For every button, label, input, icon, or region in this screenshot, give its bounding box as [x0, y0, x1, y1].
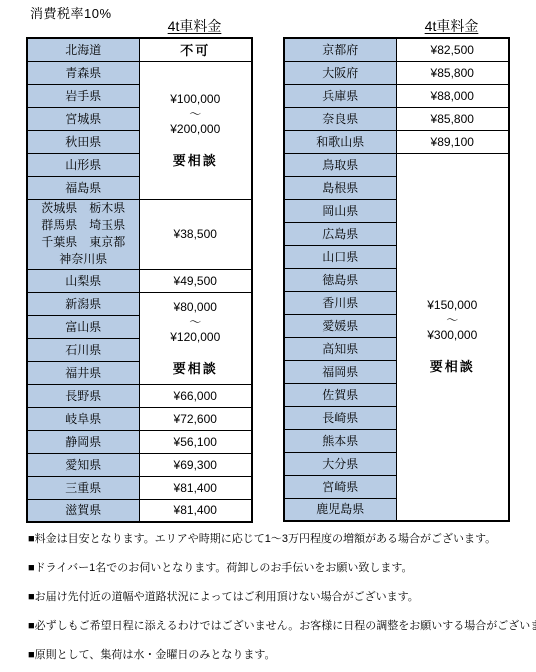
right-price-table: 京都府¥82,500大阪府¥85,800兵庫県¥88,000奈良県¥85,800… [283, 37, 510, 522]
price-value: ¥56,100 [142, 435, 250, 449]
prefecture-cell: 長崎県 [284, 406, 396, 429]
prefecture-cell: 宮崎県 [284, 475, 396, 498]
price-cell: ¥49,500 [139, 269, 252, 292]
price-value: ¥81,400 [142, 503, 250, 517]
table-row: 愛知県¥69,300 [27, 453, 252, 476]
price-value: ¥82,500 [399, 43, 507, 57]
prefecture-cell: 新潟県 [27, 292, 139, 315]
prefecture-cell: 佐賀県 [284, 383, 396, 406]
price-cell: ¥100,000～¥200,000要相談 [139, 61, 252, 199]
table-row: 新潟県¥80,000～¥120,000要相談 [27, 292, 252, 315]
price-range: ¥150,000～¥300,000 [399, 298, 507, 343]
table-row: 岐阜県¥72,600 [27, 407, 252, 430]
price-value: ¥69,300 [142, 458, 250, 472]
right-table-header: 4t車料金 [395, 17, 508, 37]
price-cell: ¥85,800 [396, 61, 509, 84]
table-row: 静岡県¥56,100 [27, 430, 252, 453]
left-price-table: 北海道不可青森県¥100,000～¥200,000要相談岩手県宮城県秋田県山形県… [26, 37, 253, 523]
table-row: 鳥取県¥150,000～¥300,000要相談 [284, 153, 509, 176]
consult-label: 要相談 [399, 359, 507, 375]
price-value: ¥49,500 [142, 274, 250, 288]
prefecture-cell: 熊本県 [284, 429, 396, 452]
price-cell: ¥72,600 [139, 407, 252, 430]
prefecture-cell: 福島県 [27, 176, 139, 199]
prefecture-cell: 青森県 [27, 61, 139, 84]
table-row: 三重県¥81,400 [27, 476, 252, 499]
table-row: 山梨県¥49,500 [27, 269, 252, 292]
prefecture-cell: 山梨県 [27, 269, 139, 292]
prefecture-cell: 鹿児島県 [284, 498, 396, 521]
price-value: ¥89,100 [399, 135, 507, 149]
price-range-line: ¥300,000 [399, 328, 507, 343]
prefecture-cell: 兵庫県 [284, 84, 396, 107]
price-range-line: ～ [399, 313, 507, 328]
price-range-line: ¥150,000 [399, 298, 507, 313]
price-value: ¥88,000 [399, 89, 507, 103]
price-cell: ¥82,500 [396, 38, 509, 61]
table-row: 大阪府¥85,800 [284, 61, 509, 84]
note-item: ■ドライバー1名でのお伺いとなります。荷卸しのお手伝いをお願い致します。 [28, 560, 536, 576]
price-cell: ¥38,500 [139, 199, 252, 269]
prefecture-cell: 広島県 [284, 222, 396, 245]
prefecture-cell: 富山県 [27, 315, 139, 338]
prefecture-cell: 長野県 [27, 384, 139, 407]
prefecture-cell: 高知県 [284, 337, 396, 360]
prefecture-cell: 北海道 [27, 38, 139, 61]
price-cell: ¥80,000～¥120,000要相談 [139, 292, 252, 384]
prefecture-cell: 静岡県 [27, 430, 139, 453]
price-cell: ¥66,000 [139, 384, 252, 407]
prefecture-cell: 宮城県 [27, 107, 139, 130]
price-cell: ¥150,000～¥300,000要相談 [396, 153, 509, 521]
price-cell: 不可 [139, 38, 252, 61]
price-cell: ¥88,000 [396, 84, 509, 107]
prefecture-cell: 岐阜県 [27, 407, 139, 430]
consult-label: 要相談 [142, 153, 250, 169]
price-cell: ¥89,100 [396, 130, 509, 153]
price-value: ¥38,500 [142, 227, 250, 241]
left-table-header: 4t車料金 [138, 17, 251, 37]
left-table-header-label: 4t車料金 [168, 18, 222, 34]
prefecture-cell: 奈良県 [284, 107, 396, 130]
price-range-line: ～ [142, 315, 250, 330]
prefecture-cell: 京都府 [284, 38, 396, 61]
price-range-line: ¥120,000 [142, 330, 250, 345]
prefecture-cell: 徳島県 [284, 268, 396, 291]
price-cell: ¥81,400 [139, 476, 252, 499]
price-range: ¥80,000～¥120,000 [142, 300, 250, 345]
table-row: 奈良県¥85,800 [284, 107, 509, 130]
prefecture-cell: 香川県 [284, 291, 396, 314]
prefecture-cell: 滋賀県 [27, 499, 139, 522]
table-row: 京都府¥82,500 [284, 38, 509, 61]
price-cell: ¥69,300 [139, 453, 252, 476]
right-table-header-label: 4t車料金 [425, 18, 479, 34]
right-price-table-section: 4t車料金 京都府¥82,500大阪府¥85,800兵庫県¥88,000奈良県¥… [283, 17, 510, 522]
consult-label: 要相談 [142, 361, 250, 377]
price-range-line: ¥80,000 [142, 300, 250, 315]
table-row: 兵庫県¥88,000 [284, 84, 509, 107]
table-row: 滋賀県¥81,400 [27, 499, 252, 522]
prefecture-cell: 愛知県 [27, 453, 139, 476]
note-item: ■必ずしもご希望日程に添えるわけではございません。お客様に日程の調整をお願いする… [28, 618, 536, 634]
table-row: 和歌山県¥89,100 [284, 130, 509, 153]
note-item: ■原則として、集荷は水・金曜日のみとなります。 [28, 647, 536, 663]
price-value: ¥81,400 [142, 481, 250, 495]
prefecture-cell: 大阪府 [284, 61, 396, 84]
notes-list: ■料金は目安となります。エリアや時期に応じて1～3万円程度の増額がある場合がござ… [28, 531, 536, 672]
price-cell: ¥56,100 [139, 430, 252, 453]
table-row: 北海道不可 [27, 38, 252, 61]
prefecture-cell: 島根県 [284, 176, 396, 199]
price-range-line: ¥100,000 [142, 92, 250, 107]
table-row: 茨城県 栃木県群馬県 埼玉県千葉県 東京都神奈川県¥38,500 [27, 199, 252, 269]
price-value: ¥72,600 [142, 412, 250, 426]
prefecture-cell: 和歌山県 [284, 130, 396, 153]
prefecture-cell: 秋田県 [27, 130, 139, 153]
price-sheet: 消費税率10% 4t車料金 北海道不可青森県¥100,000～¥200,000要… [0, 0, 536, 672]
prefecture-cell: 愛媛県 [284, 314, 396, 337]
price-range: ¥100,000～¥200,000 [142, 92, 250, 137]
prefecture-cell: 鳥取県 [284, 153, 396, 176]
price-value: ¥85,800 [399, 112, 507, 126]
prefecture-cell: 山形県 [27, 153, 139, 176]
price-value: ¥85,800 [399, 66, 507, 80]
price-cell: ¥81,400 [139, 499, 252, 522]
note-item: ■お届け先付近の道幅や道路状況によってはご利用頂けない場合がございます。 [28, 589, 536, 605]
prefecture-cell: 岡山県 [284, 199, 396, 222]
prefecture-cell: 茨城県 栃木県群馬県 埼玉県千葉県 東京都神奈川県 [27, 199, 139, 269]
prefecture-cell: 石川県 [27, 338, 139, 361]
prefecture-cell: 三重県 [27, 476, 139, 499]
prefecture-cell: 福岡県 [284, 360, 396, 383]
prefecture-cell: 福井県 [27, 361, 139, 384]
price-range-line: ～ [142, 107, 250, 122]
price-value: ¥66,000 [142, 389, 250, 403]
prefecture-cell: 山口県 [284, 245, 396, 268]
left-price-table-section: 4t車料金 北海道不可青森県¥100,000～¥200,000要相談岩手県宮城県… [26, 17, 253, 523]
price-cell: ¥85,800 [396, 107, 509, 130]
table-row: 青森県¥100,000～¥200,000要相談 [27, 61, 252, 84]
prefecture-cell: 大分県 [284, 452, 396, 475]
prefecture-cell: 岩手県 [27, 84, 139, 107]
table-row: 長野県¥66,000 [27, 384, 252, 407]
price-range-line: ¥200,000 [142, 122, 250, 137]
price-value: 不可 [142, 40, 250, 59]
note-item: ■料金は目安となります。エリアや時期に応じて1～3万円程度の増額がある場合がござ… [28, 531, 536, 547]
